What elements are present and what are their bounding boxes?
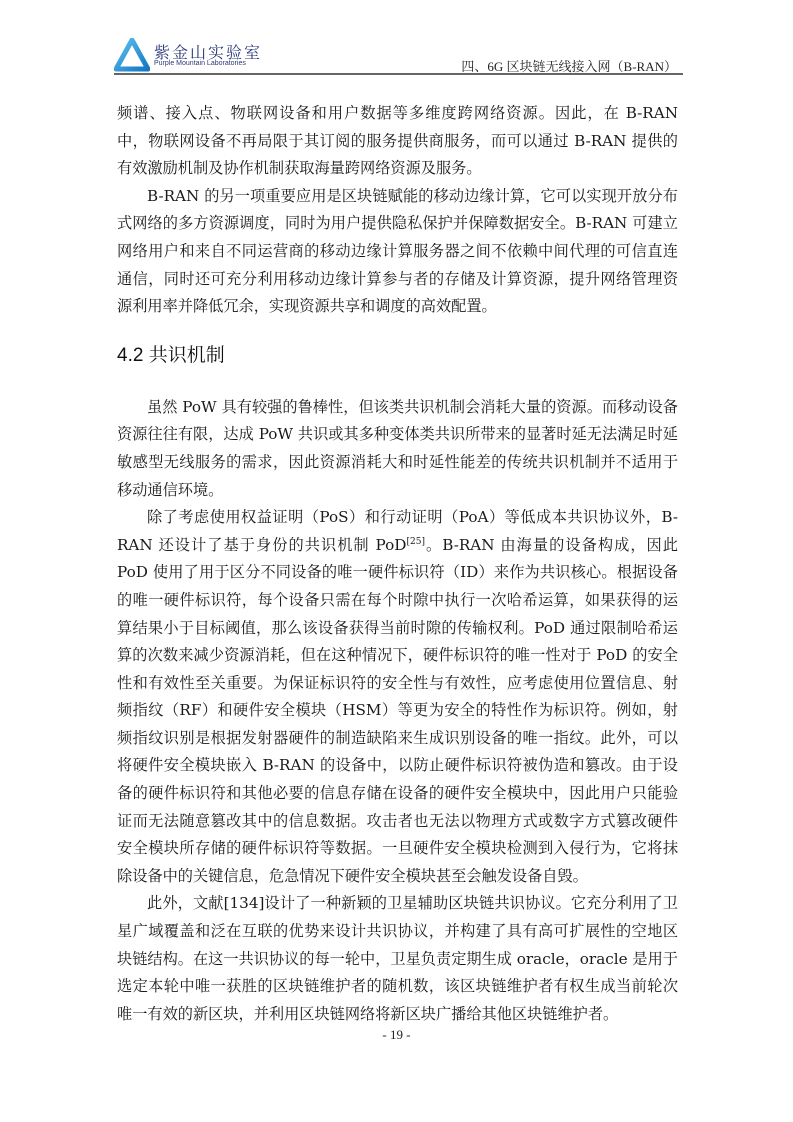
section-title: 共识机制 bbox=[149, 345, 225, 366]
citation-25[interactable]: [25] bbox=[406, 537, 424, 547]
page-header: 紫金山实验室 Purple Mountain Laboratories 四、6G… bbox=[114, 36, 683, 74]
purple-mountain-logo: 紫金山实验室 Purple Mountain Laboratories bbox=[114, 38, 264, 74]
paragraph-pod-text-b: 。B-RAN 由海量的设备构成，因此 PoD 使用了用于区分不同设备的唯一硬件标… bbox=[117, 536, 678, 885]
paragraph-pod: 除了考虑使用权益证明（PoS）和行动证明（PoA）等低成本共识协议外，B-RAN… bbox=[117, 504, 678, 890]
page-number: - 19 - bbox=[0, 1027, 793, 1043]
paragraph-continued: 频谱、接入点、物联网设备和用户数据等多维度跨网络资源。因此，在 B-RAN 中，… bbox=[117, 100, 678, 183]
header-rule bbox=[130, 73, 683, 75]
page-body: 频谱、接入点、物联网设备和用户数据等多维度跨网络资源。因此，在 B-RAN 中，… bbox=[117, 100, 678, 1028]
paragraph-satellite: 此外，文献[134]设计了一种新颖的卫星辅助区块链共识协议。它充分利用了卫星广域… bbox=[117, 890, 678, 1028]
paragraph-mec: B-RAN 的另一项重要应用是区块链赋能的移动边缘计算，它可以实现开放分布式网络… bbox=[117, 183, 678, 321]
paragraph-pow: 虽然 PoW 具有较强的鲁棒性，但该类共识机制会消耗大量的资源。而移动设备资源往… bbox=[117, 394, 678, 504]
section-heading: 4.2 共识机制 bbox=[117, 342, 678, 370]
section-number: 4.2 bbox=[117, 345, 143, 366]
triangle-logo-icon bbox=[114, 38, 150, 72]
logo-english-text: Purple Mountain Laboratories bbox=[154, 60, 246, 67]
